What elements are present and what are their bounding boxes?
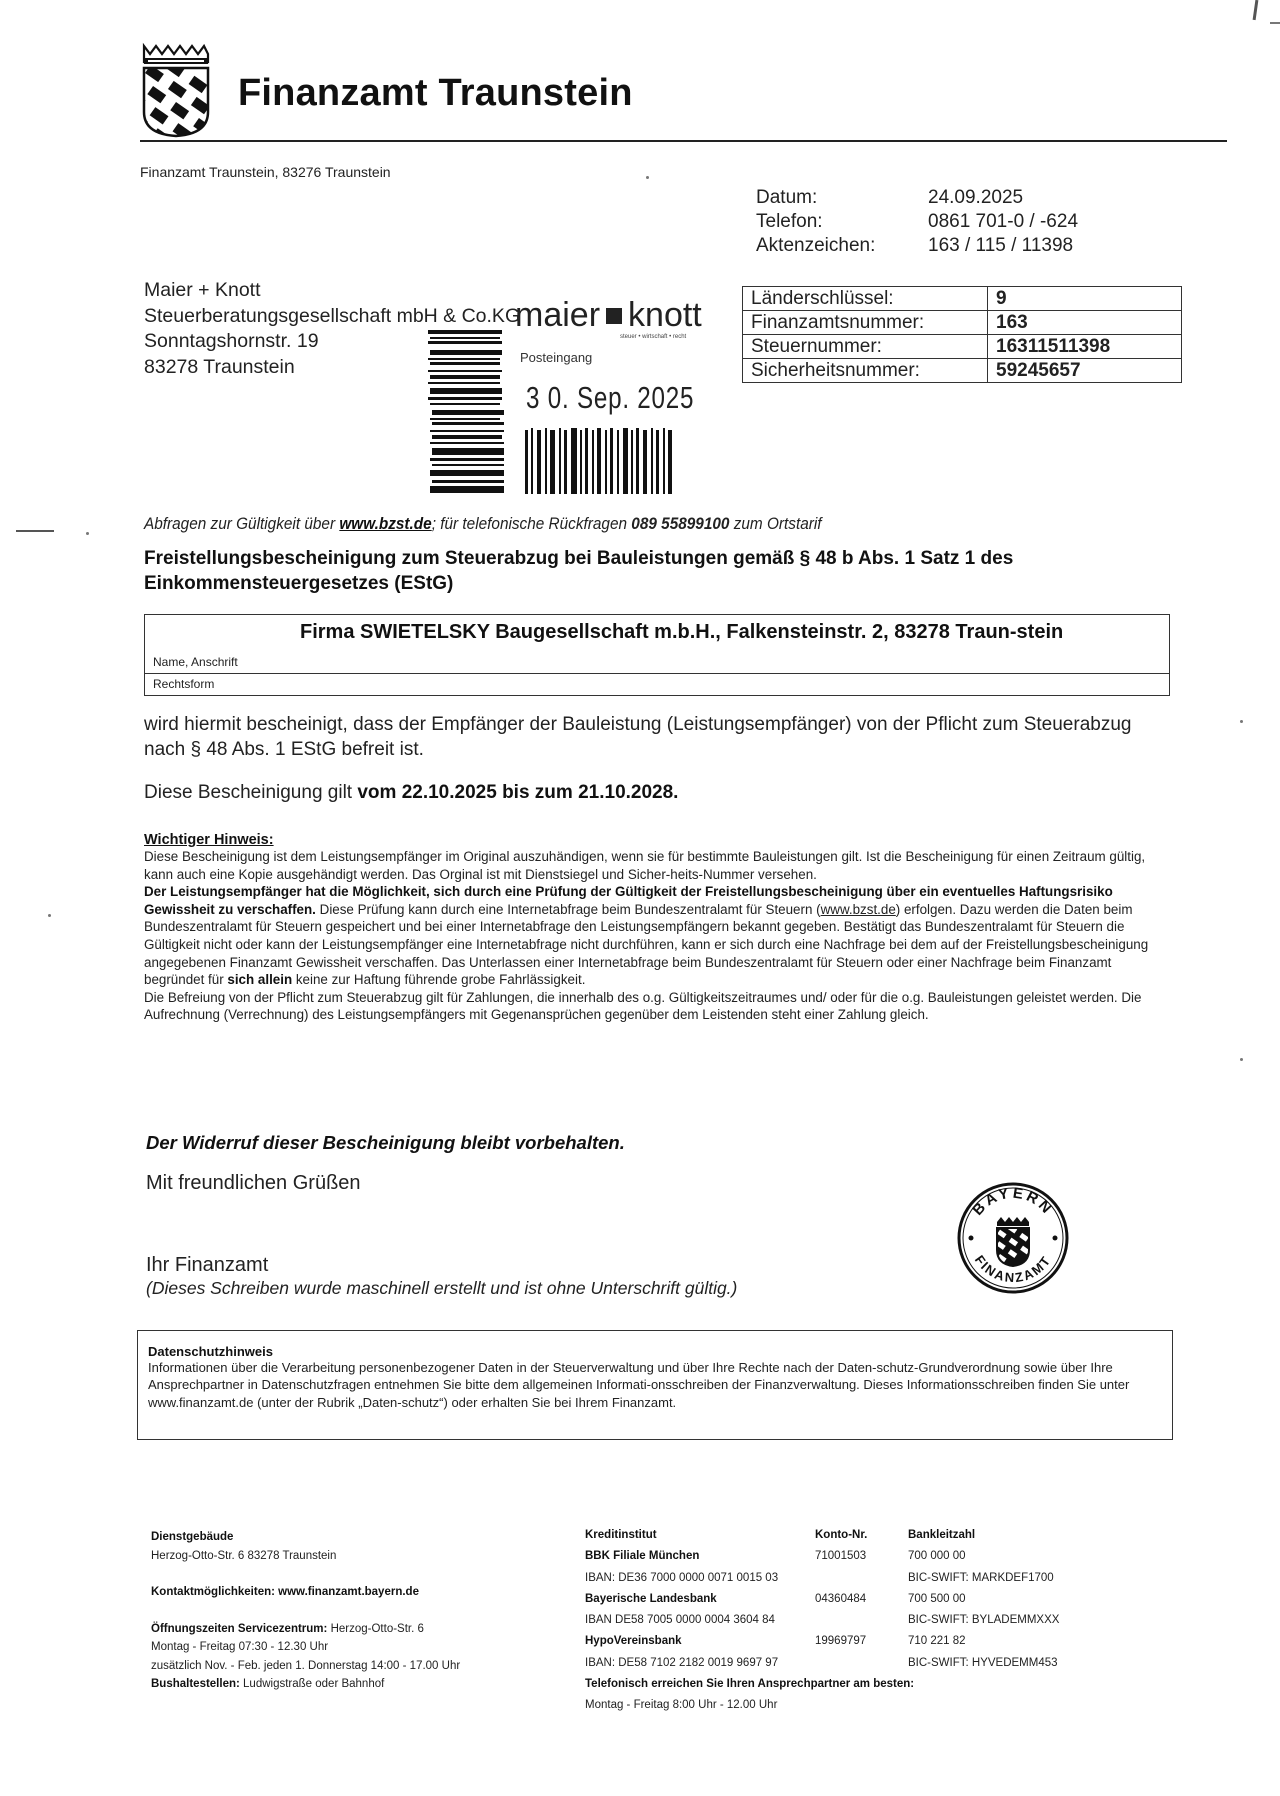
privacy-notice-box: Datenschutzhinweis Informationen über di… xyxy=(137,1330,1173,1440)
bank-table: Kreditinstitut Konto-Nr. Bankleitzahl BB… xyxy=(585,1525,1128,1717)
signoff: Ihr Finanzamt xyxy=(146,1254,268,1277)
meta-date: Datum:24.09.2025 xyxy=(756,186,1078,210)
validity-query-line: Abfragen zur Gültigkeit über www.bzst.de… xyxy=(144,515,822,534)
letter-meta: Datum:24.09.2025 Telefon:0861 701-0 / -6… xyxy=(756,186,1078,258)
name-row: Name, Anschrift Firma SWIETELSKY Baugese… xyxy=(145,615,1169,674)
hotline-number: 089 55899100 xyxy=(631,515,729,533)
vertical-barcode-icon xyxy=(428,330,506,498)
opening-hours-extra: zusätzlich Nov. - Feb. jeden 1. Donnerst… xyxy=(151,1657,460,1676)
building-label: Dienstgebäude xyxy=(151,1531,233,1543)
revocation-notice: Der Widerruf dieser Bescheinigung bleibt… xyxy=(146,1132,625,1154)
document-title: Freistellungsbescheinigung zum Steuerabz… xyxy=(144,546,1154,596)
bus-stops: Ludwigstraße oder Bahnhof xyxy=(243,1678,384,1690)
certification-text: wird hiermit bescheinigt, dass der Empfä… xyxy=(144,712,1174,762)
scan-dot xyxy=(1240,1058,1243,1061)
validity-period: Diese Bescheinigung gilt vom 22.10.2025 … xyxy=(144,782,678,804)
privacy-title: Datenschutzhinweis xyxy=(148,1344,273,1359)
note-paragraph: Die Befreiung von der Pflicht zum Steuer… xyxy=(144,989,1162,1024)
bavarian-crest-icon xyxy=(140,42,212,138)
tax-id-table: Länderschlüssel:9 Finanzamtsnummer:163 S… xyxy=(742,286,1182,383)
bzst-link[interactable]: www.bzst.de xyxy=(339,515,431,533)
scan-mark xyxy=(1253,0,1259,20)
table-row: HypoVereinsbank 19969797 710 221 82 xyxy=(585,1631,1128,1652)
greeting: Mit freundlichen Grüßen xyxy=(146,1172,361,1195)
scan-mark xyxy=(1270,22,1280,24)
privacy-text: Informationen über die Verarbeitung pers… xyxy=(148,1359,1158,1411)
header-divider xyxy=(140,140,1227,142)
recipient-line: Maier + Knott xyxy=(144,278,520,304)
bzst-link[interactable]: www.bzst.de xyxy=(821,902,896,917)
recipient-line: Steuerberatungsgesellschaft mbH & Co.KG xyxy=(144,304,520,330)
svg-text:BAYERN: BAYERN xyxy=(969,1185,1056,1219)
logo-mark-icon xyxy=(606,308,622,324)
contact-url[interactable]: www.finanzamt.bayern.de xyxy=(278,1586,419,1598)
meta-file-number: Aktenzeichen:163 / 115 / 11398 xyxy=(756,234,1078,258)
recipient-company-box: Name, Anschrift Firma SWIETELSKY Baugese… xyxy=(144,614,1170,696)
opening-hours: Montag - Freitag 07:30 - 12.30 Uhr xyxy=(151,1638,460,1657)
scan-dot xyxy=(646,176,649,179)
maier-knott-logo: maierknott xyxy=(515,296,702,335)
table-row: Bayerische Landesbank 04360484 700 500 0… xyxy=(585,1589,1128,1610)
footer-office-info: Dienstgebäude Herzog-Otto-Str. 6 83278 T… xyxy=(151,1528,460,1694)
building-address: Herzog-Otto-Str. 6 83278 Traunstein xyxy=(151,1547,460,1566)
note-paragraph: Der Leistungsempfänger hat die Möglichke… xyxy=(144,883,1162,989)
official-seal-icon: BAYERN FINANZAMT xyxy=(955,1180,1071,1296)
machine-generated-note: (Dieses Schreiben wurde maschinell erste… xyxy=(146,1278,737,1299)
office-title: Finanzamt Traunstein xyxy=(238,72,633,115)
name-label: Name, Anschrift xyxy=(153,655,238,669)
table-row: Länderschlüssel:9 xyxy=(743,287,1182,311)
important-note-body: Diese Bescheinigung ist dem Leistungsemp… xyxy=(144,848,1162,1024)
note-paragraph: Diese Bescheinigung ist dem Leistungsemp… xyxy=(144,848,1162,883)
scan-dot xyxy=(86,532,89,535)
sender-return-address: Finanzamt Traunstein, 83276 Traunstein xyxy=(140,164,391,180)
fold-mark xyxy=(16,530,54,532)
company-name-address: Firma SWIETELSKY Baugesellschaft m.b.H.,… xyxy=(300,619,1160,645)
stamp-received-date: 3 0. Sep. 2025 xyxy=(526,380,694,416)
important-note-heading: Wichtiger Hinweis: xyxy=(144,832,274,848)
scan-dot xyxy=(1240,720,1243,723)
table-row: IBAN: DE58 7102 2182 0019 9697 97 BIC-SW… xyxy=(585,1653,1128,1674)
table-row: Sicherheitsnummer:59245657 xyxy=(743,359,1182,383)
meta-phone: Telefon:0861 701-0 / -624 xyxy=(756,210,1078,234)
bank-header-row: Kreditinstitut Konto-Nr. Bankleitzahl xyxy=(585,1525,1128,1546)
stamp-tagline: steuer • wirtschaft • recht xyxy=(620,334,686,340)
legal-form-label: Rechtsform xyxy=(153,677,214,691)
scan-dot xyxy=(48,914,51,917)
table-row: IBAN: DE36 7000 0000 0071 0015 03 BIC-SW… xyxy=(585,1568,1128,1589)
stamp-label: Posteingang xyxy=(520,350,592,365)
phone-hours-row: Montag - Freitag 8:00 Uhr - 12.00 Uhr xyxy=(585,1695,1128,1716)
footer-bank-details: Kreditinstitut Konto-Nr. Bankleitzahl BB… xyxy=(585,1525,1128,1717)
table-row: IBAN DE58 7005 0000 0004 3604 84 BIC-SWI… xyxy=(585,1610,1128,1631)
validity-dates: vom 22.10.2025 bis zum 21.10.2028. xyxy=(357,782,678,803)
table-row: Steuernummer:16311511398 xyxy=(743,335,1182,359)
table-row: BBK Filiale München 71001503 700 000 00 xyxy=(585,1546,1128,1567)
horizontal-barcode-icon xyxy=(525,428,675,496)
phone-row: Telefonisch erreichen Sie Ihren Ansprech… xyxy=(585,1674,1128,1695)
table-row: Finanzamtsnummer:163 xyxy=(743,311,1182,335)
